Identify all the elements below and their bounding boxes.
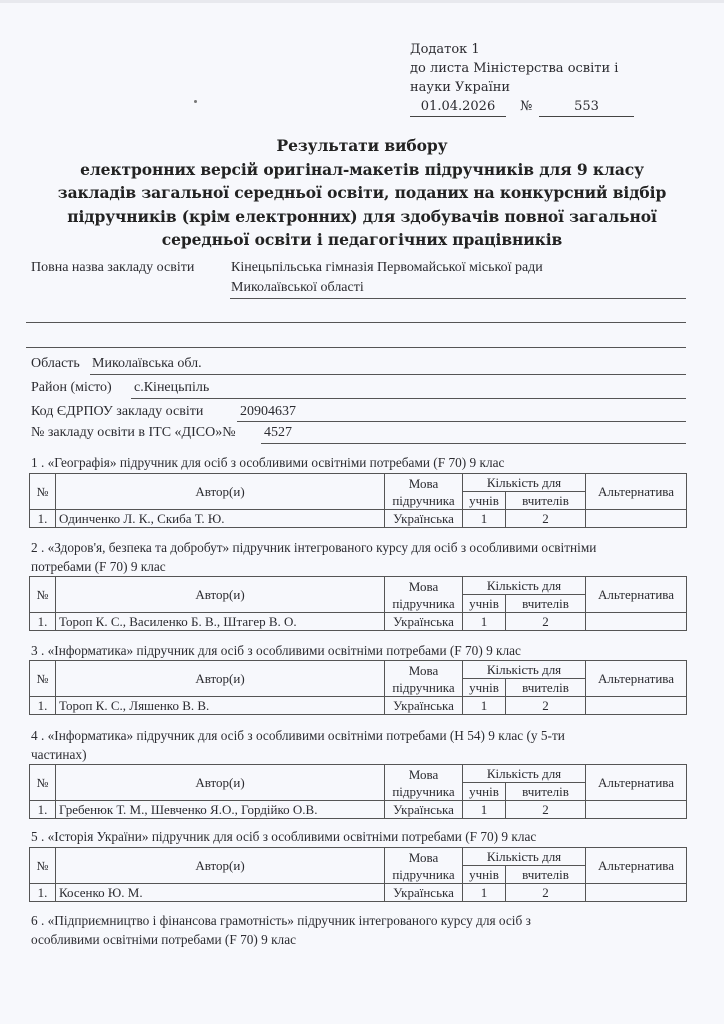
appendix-line-2: до листа Міністерства освіти і bbox=[410, 59, 650, 78]
section-3-title: 3 . «Інформатика» підручник для осіб з о… bbox=[31, 641, 681, 660]
region-label: Область bbox=[31, 356, 80, 372]
header-alternative: Альтернатива bbox=[586, 474, 687, 510]
table-row: 1. Тороп К. С., Ляшенко В. В. Українська… bbox=[30, 697, 687, 715]
row-language: Українська bbox=[385, 884, 463, 902]
appendix-line-1: Додаток 1 bbox=[410, 40, 650, 59]
table-row: 1. Косенко Ю. М. Українська 1 2 bbox=[30, 884, 687, 902]
header-authors: Автор(и) bbox=[56, 474, 385, 510]
table-row: 1. Тороп К. С., Василенко Б. В., Штагер … bbox=[30, 613, 687, 631]
header-quantity: Кількість для bbox=[463, 848, 586, 866]
document-page: Додаток 1 до листа Міністерства освіти і… bbox=[0, 0, 724, 1024]
letter-number: 553 bbox=[539, 97, 634, 117]
row-alternative bbox=[586, 884, 687, 902]
row-no: 1. bbox=[30, 613, 56, 631]
row-no: 1. bbox=[30, 510, 56, 528]
full-name-label: Повна назва закладу освіти bbox=[31, 260, 194, 276]
header-alternative: Альтернатива bbox=[586, 848, 687, 884]
section-6-title: 6 . «Підприємництво і фінансова грамотні… bbox=[31, 911, 681, 949]
header-quantity: Кількість для bbox=[463, 661, 586, 679]
header-quantity: Кількість для bbox=[463, 765, 586, 783]
row-students: 1 bbox=[463, 697, 506, 715]
full-name-underline bbox=[230, 298, 686, 299]
section-1-title: 1 . «Географія» підручник для осіб з осо… bbox=[31, 453, 681, 472]
appendix-date-row: 01.04.2026 № 553 bbox=[410, 97, 650, 119]
row-language: Українська bbox=[385, 510, 463, 528]
section-3-table: № Автор(и) Мовапідручника Кількість для … bbox=[29, 660, 687, 715]
header-teachers: вчителів bbox=[506, 679, 586, 697]
row-students: 1 bbox=[463, 510, 506, 528]
scan-speck bbox=[194, 100, 197, 103]
header-language: Мовапідручника bbox=[385, 661, 463, 697]
row-alternative bbox=[586, 510, 687, 528]
table-row: 1. Гребенюк Т. М., Шевченко Я.О., Гордій… bbox=[30, 801, 687, 819]
section-5-table: № Автор(и) Мовапідручника Кількість для … bbox=[29, 847, 687, 902]
row-alternative bbox=[586, 801, 687, 819]
section-1-table: № Автор(и) Мовапідручника Кількість для … bbox=[29, 473, 687, 528]
row-language: Українська bbox=[385, 801, 463, 819]
district-underline bbox=[131, 398, 686, 399]
row-language: Українська bbox=[385, 697, 463, 715]
section-6-title-line-1: 6 . «Підприємництво і фінансова грамотні… bbox=[31, 911, 681, 930]
title-line-3: закладів загальної середньої освіти, под… bbox=[20, 181, 704, 205]
row-authors: Тороп К. С., Василенко Б. В., Штагер В. … bbox=[56, 613, 385, 631]
row-teachers: 2 bbox=[506, 613, 586, 631]
row-authors: Косенко Ю. М. bbox=[56, 884, 385, 902]
header-authors: Автор(и) bbox=[56, 765, 385, 801]
section-2-title-line-1: 2 . «Здоров'я, безпека та добробут» підр… bbox=[31, 538, 681, 557]
row-no: 1. bbox=[30, 884, 56, 902]
district-value: с.Кінецьпіль bbox=[134, 380, 209, 396]
header-no: № bbox=[30, 577, 56, 613]
itc-value: 4527 bbox=[264, 425, 292, 441]
appendix-block: Додаток 1 до листа Міністерства освіти і… bbox=[410, 40, 650, 119]
row-teachers: 2 bbox=[506, 510, 586, 528]
row-teachers: 2 bbox=[506, 801, 586, 819]
header-language: Мовапідручника bbox=[385, 577, 463, 613]
region-underline bbox=[90, 374, 686, 375]
header-alternative: Альтернатива bbox=[586, 765, 687, 801]
section-4-title-line-1: 4 . «Інформатика» підручник для осіб з о… bbox=[31, 726, 681, 745]
full-name-value-line-1: Кінецьпільська гімназія Первомайської мі… bbox=[231, 260, 543, 276]
section-2-table: № Автор(и) Мовапідручника Кількість для … bbox=[29, 576, 687, 631]
blank-line-1 bbox=[26, 322, 686, 323]
section-2-title: 2 . «Здоров'я, безпека та добробут» підр… bbox=[31, 538, 681, 576]
row-students: 1 bbox=[463, 801, 506, 819]
blank-line-2 bbox=[26, 347, 686, 348]
number-sign: № bbox=[520, 97, 532, 116]
header-authors: Автор(и) bbox=[56, 848, 385, 884]
edrpou-underline bbox=[237, 421, 686, 422]
header-teachers: вчителів bbox=[506, 492, 586, 510]
letter-date: 01.04.2026 bbox=[410, 97, 506, 117]
row-students: 1 bbox=[463, 613, 506, 631]
title-line-2: електронних версій оригінал-макетів підр… bbox=[20, 158, 704, 182]
header-students: учнів bbox=[463, 866, 506, 884]
header-students: учнів bbox=[463, 679, 506, 697]
section-2-title-line-2: потребами (F 70) 9 клас bbox=[31, 557, 681, 576]
row-alternative bbox=[586, 613, 687, 631]
header-quantity: Кількість для bbox=[463, 577, 586, 595]
itc-underline bbox=[261, 443, 686, 444]
row-teachers: 2 bbox=[506, 697, 586, 715]
header-no: № bbox=[30, 661, 56, 697]
row-no: 1. bbox=[30, 697, 56, 715]
region-value: Миколаївська обл. bbox=[92, 356, 202, 372]
section-6-title-line-2: особливими освітніми потребами (F 70) 9 … bbox=[31, 930, 681, 949]
section-4-title-line-2: частинах) bbox=[31, 745, 681, 764]
header-teachers: вчителів bbox=[506, 783, 586, 801]
scan-edge bbox=[0, 0, 724, 3]
row-no: 1. bbox=[30, 801, 56, 819]
row-authors: Гребенюк Т. М., Шевченко Я.О., Гордійко … bbox=[56, 801, 385, 819]
section-4-title: 4 . «Інформатика» підручник для осіб з о… bbox=[31, 726, 681, 764]
title-line-4: підручників (крім електронних) для здобу… bbox=[20, 205, 704, 229]
header-no: № bbox=[30, 765, 56, 801]
header-alternative: Альтернатива bbox=[586, 661, 687, 697]
document-title: Результати вибору електронних версій ори… bbox=[20, 134, 704, 252]
district-label: Район (місто) bbox=[31, 380, 112, 396]
header-quantity: Кількість для bbox=[463, 474, 586, 492]
header-language: Мовапідручника bbox=[385, 848, 463, 884]
header-no: № bbox=[30, 474, 56, 510]
header-language: Мовапідручника bbox=[385, 765, 463, 801]
edrpou-value: 20904637 bbox=[240, 404, 296, 420]
header-students: учнів bbox=[463, 595, 506, 613]
header-teachers: вчителів bbox=[506, 866, 586, 884]
header-students: учнів bbox=[463, 492, 506, 510]
section-5-title: 5 . «Історія України» підручник для осіб… bbox=[31, 827, 681, 846]
header-authors: Автор(и) bbox=[56, 661, 385, 697]
itc-label: № закладу освіти в ІТС «ДІСО»№ bbox=[31, 425, 236, 441]
row-authors: Тороп К. С., Ляшенко В. В. bbox=[56, 697, 385, 715]
header-authors: Автор(и) bbox=[56, 577, 385, 613]
row-students: 1 bbox=[463, 884, 506, 902]
header-alternative: Альтернатива bbox=[586, 577, 687, 613]
table-row: 1. Одинченко Л. К., Скиба Т. Ю. Українсь… bbox=[30, 510, 687, 528]
edrpou-label: Код ЄДРПОУ закладу освіти bbox=[31, 404, 203, 420]
row-alternative bbox=[586, 697, 687, 715]
title-line-1: Результати вибору bbox=[20, 134, 704, 158]
row-authors: Одинченко Л. К., Скиба Т. Ю. bbox=[56, 510, 385, 528]
header-no: № bbox=[30, 848, 56, 884]
appendix-line-3: науки України bbox=[410, 78, 650, 97]
section-4-table: № Автор(и) Мовапідручника Кількість для … bbox=[29, 764, 687, 819]
full-name-value-line-2: Миколаївської області bbox=[231, 280, 364, 296]
header-language: Мовапідручника bbox=[385, 474, 463, 510]
title-line-5: середньої освіти і педагогічних працівни… bbox=[20, 228, 704, 252]
row-language: Українська bbox=[385, 613, 463, 631]
header-teachers: вчителів bbox=[506, 595, 586, 613]
row-teachers: 2 bbox=[506, 884, 586, 902]
header-students: учнів bbox=[463, 783, 506, 801]
